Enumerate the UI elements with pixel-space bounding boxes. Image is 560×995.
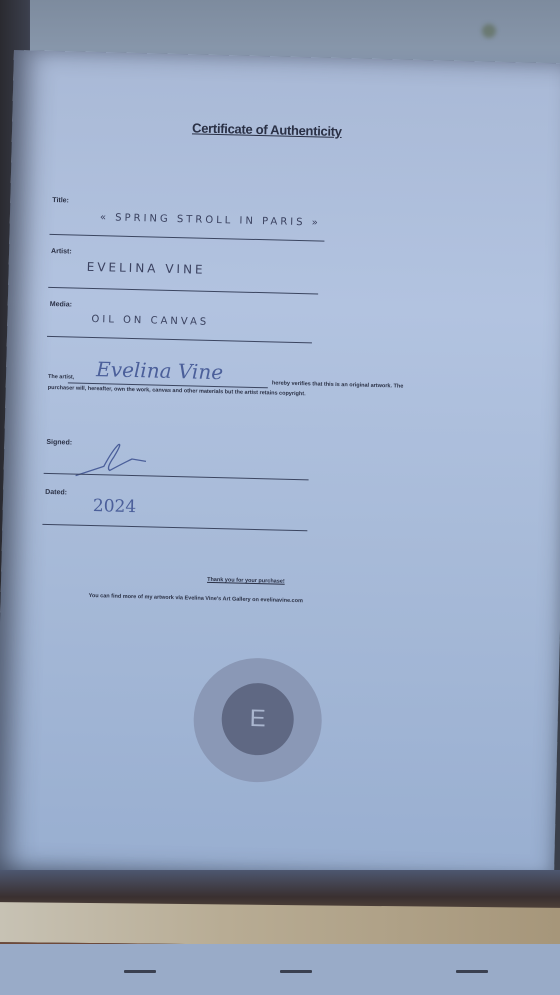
- signed-label: Signed:: [46, 439, 72, 447]
- media-value: OIL ON CANVAS: [91, 314, 209, 328]
- media-underline: [47, 336, 312, 343]
- artwork-title-value: « SPRING STROLL IN PARIS »: [100, 212, 321, 228]
- artist-value: EVELINA VINE: [87, 260, 206, 277]
- artist-handwritten-name: Evelina Vine: [96, 357, 223, 384]
- thank-you-text: Thank you for your purchase!: [207, 577, 285, 585]
- logo-letter: E: [221, 682, 295, 756]
- staple: [280, 970, 312, 973]
- dated-label: Dated:: [45, 489, 67, 497]
- smudge-mark: [482, 24, 496, 38]
- certificate-title: Certificate of Authenticity: [192, 120, 342, 139]
- wooden-stretcher-bar: [0, 902, 560, 950]
- dated-underline: [42, 524, 307, 531]
- statement-prefix: The artist,: [48, 374, 74, 381]
- title-underline: [49, 234, 324, 242]
- title-label: Title:: [52, 197, 69, 204]
- statement-line1: hereby verifies that this is an original…: [272, 380, 404, 389]
- artist-logo: E: [192, 657, 323, 784]
- artist-label: Artist:: [51, 248, 72, 256]
- staple: [456, 970, 488, 973]
- artist-underline: [48, 287, 318, 295]
- dated-value: 2024: [93, 496, 137, 517]
- staple: [124, 970, 156, 973]
- gallery-info-text: You can find more of my artwork via Evel…: [89, 593, 303, 604]
- media-label: Media:: [50, 301, 72, 309]
- certificate-paper: Certificate of Authenticity Title: « SPR…: [0, 50, 560, 893]
